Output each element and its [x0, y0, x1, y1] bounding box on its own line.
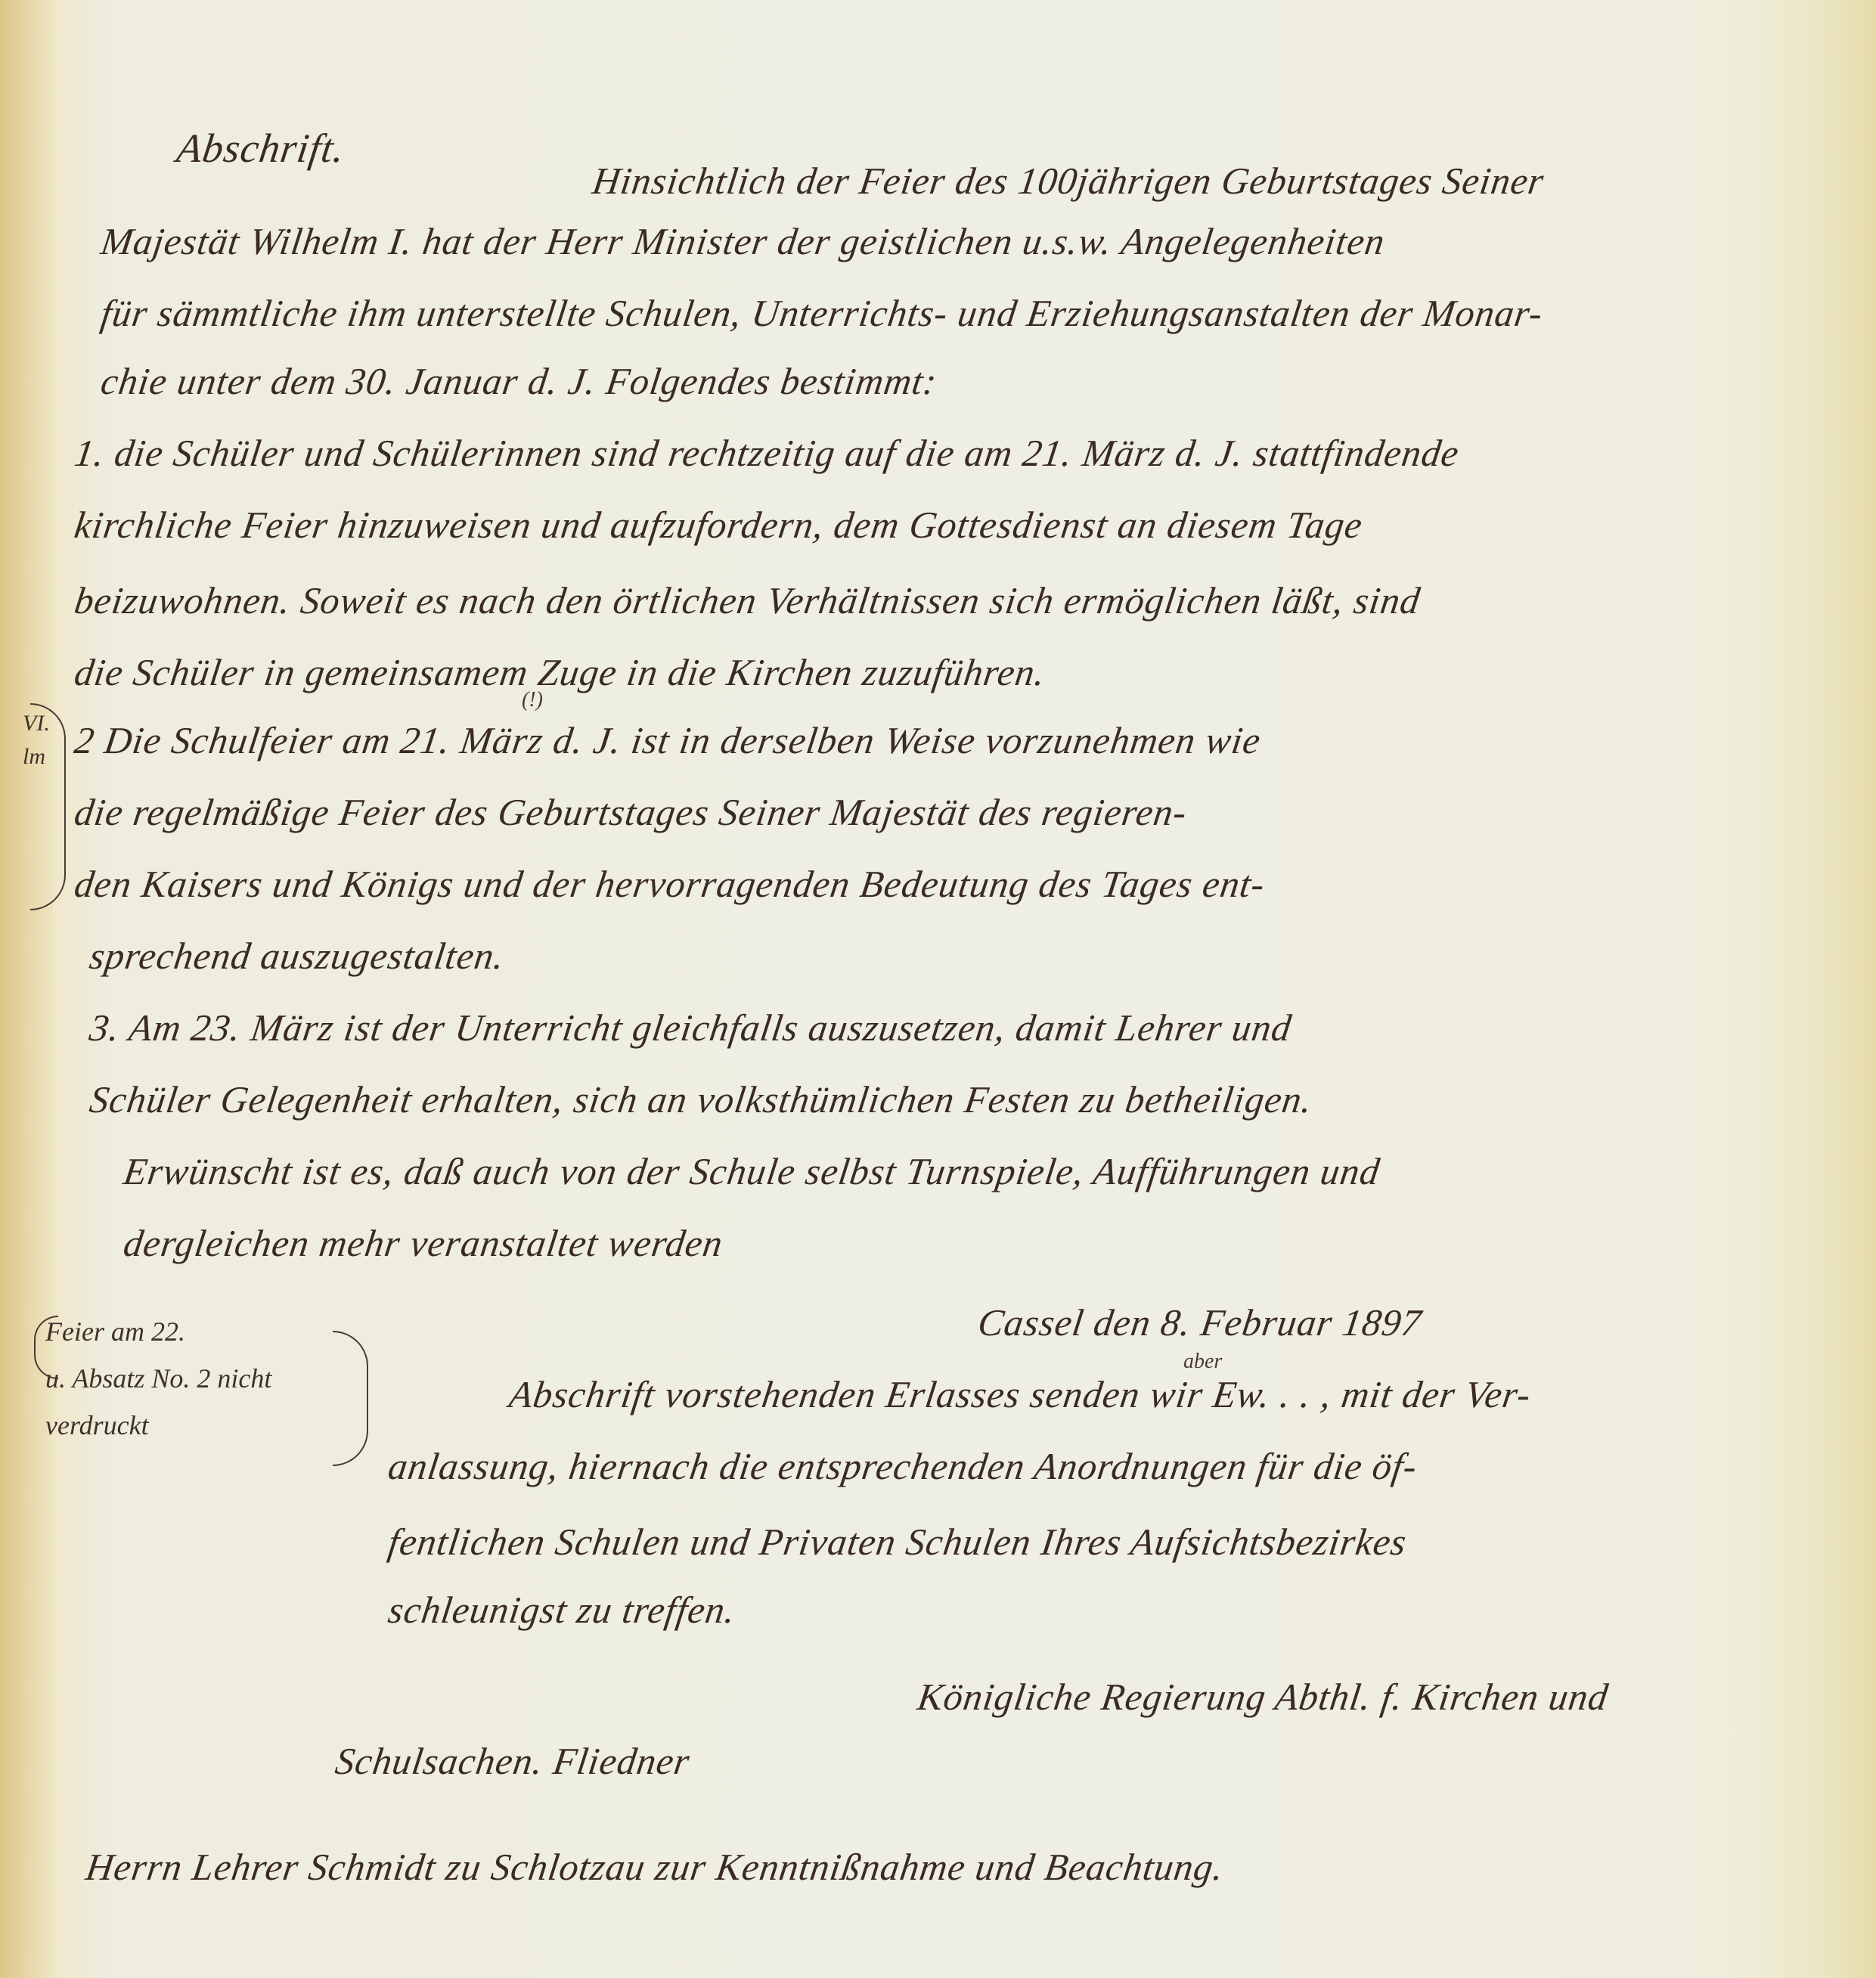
margin-note-2: Feier am 22. u. Absatz No. 2 nicht verdr…: [45, 1308, 271, 1449]
body-line-16: dergleichen mehr veranstaltet werden: [121, 1221, 726, 1265]
body-line-item-2: 2 Die Schulfeier am 21. März d. J. ist i…: [72, 718, 1264, 762]
manuscript-page: Abschrift. Hinsichtlich der Feier des 10…: [0, 0, 1876, 1978]
body-line-15: Erwünscht ist es, daß auch von der Schul…: [121, 1149, 1383, 1193]
body-line-14: Schüler Gelegenheit erhalten, sich an vo…: [87, 1077, 1315, 1121]
document-heading: Abschrift.: [174, 125, 348, 172]
body-line-12: sprechend auszugestalten.: [87, 934, 507, 978]
body-line-2: Majestät Wilhelm I. hat der Herr Ministe…: [98, 219, 1388, 263]
body-line-7: beizuwohnen. Soweit es nach den örtliche…: [72, 578, 1423, 622]
signature-authority: Königliche Regierung Abthl. f. Kirchen u…: [915, 1675, 1611, 1719]
place-date: Cassel den 8. Februar 1897: [975, 1301, 1425, 1344]
body-line-10: die regelmäßige Feier des Geburtstages S…: [72, 790, 1190, 834]
margin-bracket-close: [333, 1331, 368, 1466]
body-line-11: den Kaisers und Königs und der hervorrag…: [72, 862, 1268, 906]
closing-line-2: anlassung, hiernach die entsprechenden A…: [386, 1444, 1420, 1488]
signature-authority-cont: Schulsachen. Fliedner: [333, 1739, 693, 1783]
body-line-1: Hinsichtlich der Feier des 100jährigen G…: [590, 159, 1547, 203]
closing-line-4: schleunigst zu treffen.: [386, 1588, 739, 1632]
closing-line-3: fentlichen Schulen und Privaten Schulen …: [386, 1520, 1409, 1564]
body-line-item-3: 3. Am 23. März ist der Unterricht gleich…: [87, 1006, 1295, 1049]
interlinear-insertion: aber: [1183, 1350, 1222, 1374]
insertion-mark: (!): [522, 688, 543, 712]
closing-line-1: Abschrift vorstehenden Erlasses senden w…: [507, 1372, 1534, 1416]
body-line-3: für sämmtliche ihm unterstellte Schulen,…: [98, 291, 1546, 335]
body-line-4: chie unter dem 30. Januar d. J. Folgende…: [98, 359, 940, 403]
recipient-line: Herrn Lehrer Schmidt zu Schlotzau zur Ke…: [83, 1845, 1226, 1889]
body-line-8: die Schüler in gemeinsamem Zuge in die K…: [72, 650, 1048, 694]
binding-gutter-stain: [0, 0, 53, 1978]
margin-bracket-1: [30, 703, 66, 910]
body-line-item-1: 1. die Schüler und Schülerinnen sind rec…: [72, 431, 1462, 475]
body-line-6: kirchliche Feier hinzuweisen und aufzufo…: [72, 503, 1366, 547]
